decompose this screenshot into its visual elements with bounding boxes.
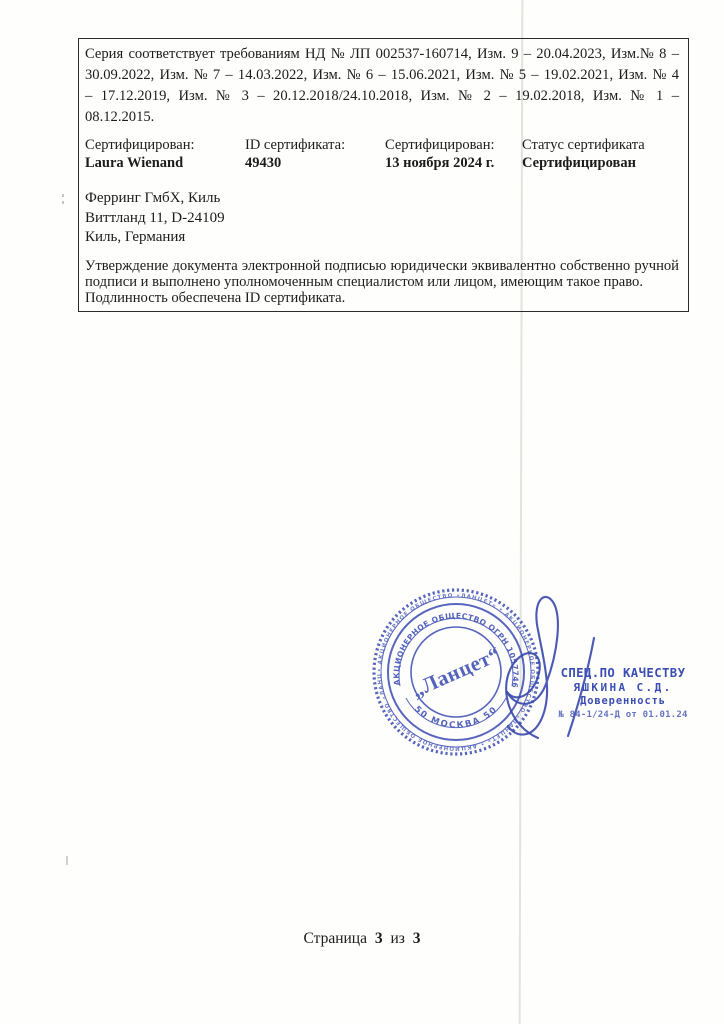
footer-page-word: Страница	[303, 930, 367, 947]
footer-current-page: 3	[375, 930, 383, 947]
manufacturer-address: Ферринг ГмбХ, Киль Виттланд 11, D-24109 …	[85, 189, 679, 248]
series-compliance-text: Серия соответствует требованиям НД № ЛП …	[85, 44, 679, 128]
certificate-info-box: Серия соответствует требованиям НД № ЛП …	[78, 38, 689, 312]
quality-officer-title: СПЕЦ.ПО КАЧЕСТВУ	[543, 666, 703, 681]
approval-statement: Утверждение документа электронной подпис…	[85, 258, 679, 307]
certification-grid: Сертифицирован: Laura Wienand ID сертифи…	[85, 137, 679, 172]
manufacturer-city-line: Киль, Германия	[85, 228, 679, 248]
footer-total-pages: 3	[413, 930, 421, 947]
seal-center-company-name: „Ланцет“	[408, 642, 505, 703]
cert-status-label: Статус сертификата	[522, 137, 679, 155]
scanned-certificate-page: Серия соответствует требованиям НД № ЛП …	[0, 0, 724, 1024]
approval-line-2: подписи и выполнено уполномоченным специ…	[85, 274, 679, 290]
cert-signer-value: Laura Wienand	[85, 155, 245, 173]
power-of-attorney-word: Доверенность	[543, 695, 703, 708]
quality-officer-ink-stamp: СПЕЦ.ПО КАЧЕСТВУ ЯШКИНА С.Д. Доверенност…	[543, 666, 703, 723]
cert-id-column: ID сертификата: 49430	[245, 137, 385, 172]
manufacturer-name-line: Ферринг ГмбХ, Киль	[85, 189, 679, 209]
cert-status-value: Сертифицирован	[522, 155, 679, 173]
manufacturer-street-line: Виттланд 11, D-24109	[85, 209, 679, 229]
cert-status-column: Статус сертификата Сертифицирован	[522, 137, 679, 172]
cert-signer-column: Сертифицирован: Laura Wienand	[85, 137, 245, 172]
cert-id-value: 49430	[245, 155, 385, 173]
footer-of-word: из	[390, 930, 404, 947]
cert-signer-label: Сертифицирован:	[85, 137, 245, 155]
page-footer: Страница 3 из 3	[0, 930, 724, 948]
cert-id-label: ID сертификата:	[245, 137, 385, 155]
approval-line-1: Утверждение документа электронной подпис…	[85, 258, 679, 274]
power-of-attorney-number: № 84-1/24-Д от 01.01.24	[543, 708, 703, 723]
scan-artifact	[62, 194, 64, 197]
cert-date-value: 13 ноября 2024 г.	[385, 155, 522, 173]
cert-date-label: Сертифицирован:	[385, 137, 522, 155]
scan-artifact	[66, 856, 68, 865]
approval-line-3: Подлинность обеспечена ID сертификата.	[85, 290, 679, 306]
cert-date-column: Сертифицирован: 13 ноября 2024 г.	[385, 137, 522, 172]
quality-officer-name: ЯШКИНА С.Д.	[543, 681, 703, 695]
